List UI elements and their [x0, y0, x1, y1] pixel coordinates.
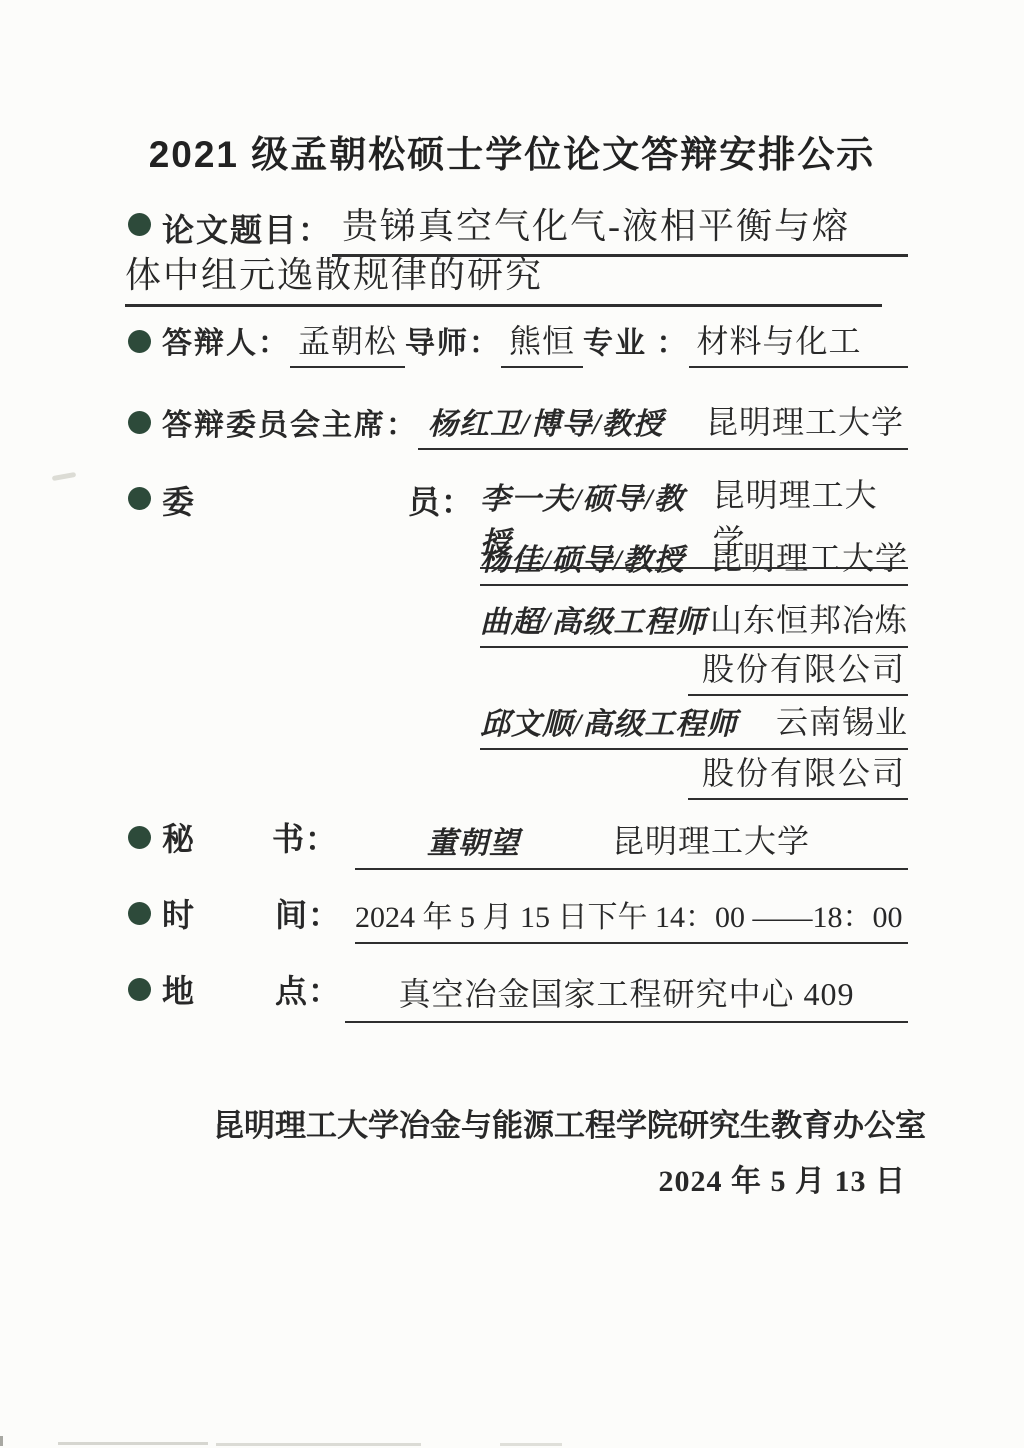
- secretary-label-left: 秘: [162, 814, 195, 860]
- supervisor-label: 导师：: [405, 318, 501, 368]
- chair-value: 杨红卫/博导/教授 昆明理工大学: [418, 397, 908, 450]
- scan-edge-segment: [216, 1443, 421, 1446]
- committee-member-row: 邱文顺/高级工程师 云南锡业: [480, 697, 908, 750]
- thesis-title-line2: 体中组元逸散规律的研究: [125, 247, 882, 307]
- chair-affiliation: 昆明理工大学: [706, 397, 904, 443]
- bullet-icon: [128, 411, 151, 434]
- committee-member-row: 曲超/高级工程师 山东恒邦冶炼: [480, 595, 908, 648]
- secretary-name: 董朝望: [427, 818, 520, 862]
- member-affiliation: 昆明理工大学: [710, 533, 908, 579]
- bullet-icon: [128, 330, 151, 353]
- committee-member-row: 杨佳/硕导/教授 昆明理工大学: [480, 533, 908, 586]
- bullet-icon: [128, 902, 151, 925]
- secretary-affiliation: 昆明理工大学: [612, 816, 810, 862]
- defender-row: 答辩人： 孟朝松 导师： 熊恒 专业 ： 材料与化工: [162, 316, 908, 368]
- major-label: 专业 ：: [583, 318, 689, 368]
- footer-date: 2024 年 5 月 13 日: [659, 1156, 907, 1200]
- footer-office: 昆明理工大学冶金与能源工程学院研究生教育办公室: [213, 1100, 926, 1145]
- major-value: 材料与化工: [689, 316, 908, 368]
- chair-row: 答辩委员会主席： 杨红卫/博导/教授 昆明理工大学: [162, 397, 908, 450]
- location-label-left: 地: [162, 966, 195, 1012]
- member-affiliation: 云南锡业: [776, 697, 908, 743]
- page-title: 2021 级孟朝松硕士学位论文答辩安排公示: [0, 124, 1024, 178]
- member-name: 曲超/高级工程师: [480, 597, 706, 641]
- bullet-icon: [128, 826, 151, 849]
- time-value: 2024 年 5 月 15 日下午 14：00 ——18：00: [355, 892, 908, 944]
- member-affiliation-line2: 股份有限公司: [688, 644, 908, 696]
- committee-label-left: 委: [162, 477, 195, 523]
- scan-edge-segment: [500, 1443, 562, 1446]
- location-label-right: 点：: [275, 966, 341, 1012]
- secretary-label-right: 书：: [272, 814, 338, 860]
- member-affiliation: 山东恒邦冶炼: [710, 595, 908, 641]
- committee-label-right: 员：: [408, 477, 474, 523]
- location-value: 真空冶金国家工程研究中心 409: [345, 969, 908, 1023]
- bullet-icon: [128, 213, 151, 236]
- defender-label: 答辩人：: [162, 318, 290, 368]
- scan-edge-segment: [58, 1442, 208, 1445]
- defender-name: 孟朝松: [290, 316, 405, 368]
- bullet-icon: [128, 978, 151, 1001]
- scan-artifact-dash: [52, 472, 77, 481]
- member-name: 杨佳/硕导/教授: [480, 535, 685, 579]
- chair-name: 杨红卫/博导/教授: [428, 399, 664, 443]
- supervisor-name: 熊恒: [501, 316, 583, 368]
- member-affiliation-line2: 股份有限公司: [688, 748, 908, 800]
- chair-label: 答辩委员会主席：: [162, 400, 418, 450]
- member-name: 邱文顺/高级工程师: [480, 699, 737, 743]
- secretary-value-row: 董朝望 昆明理工大学: [355, 816, 908, 870]
- time-label-left: 时: [162, 890, 195, 936]
- committee-member-affiliation-wrap: 股份有限公司: [480, 748, 908, 800]
- scanned-document-page: 2021 级孟朝松硕士学位论文答辩安排公示 论文题目： 贵锑真空气化气-液相平衡…: [0, 0, 1024, 1448]
- time-label-right: 间：: [275, 890, 341, 936]
- committee-member-affiliation-wrap: 股份有限公司: [480, 644, 908, 696]
- scan-edge-speck: [0, 1436, 3, 1446]
- bullet-icon: [128, 487, 151, 510]
